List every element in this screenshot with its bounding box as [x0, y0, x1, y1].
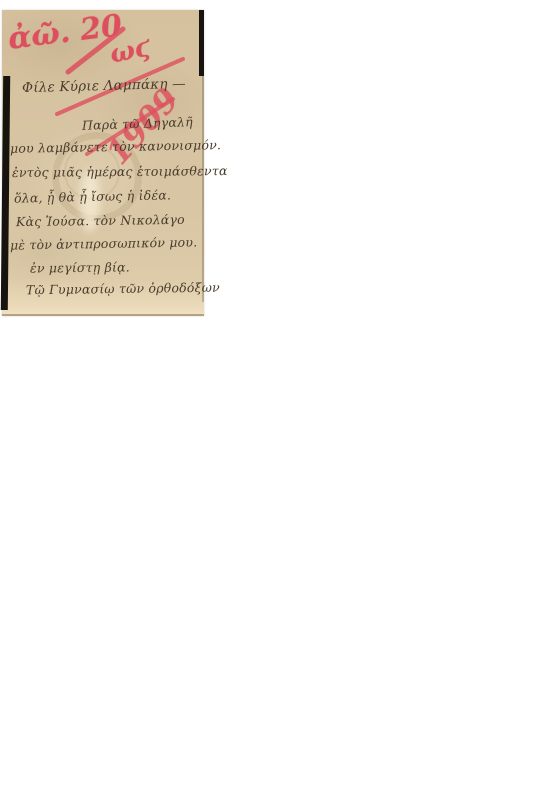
- handwritten-signature-line: Τῷ Γυμνασίῳ τῶν ὀρθοδόξων: [26, 282, 220, 297]
- handwritten-line: Κὰς Ἰούσα. τὸν Νικολάγο: [16, 214, 185, 229]
- scan-edge-right-faint: [202, 76, 204, 302]
- scanned-letter-page: ἀῶ. 20 ωϛ 1909 Φίλε Κύριε Λαμπάκη — Παρὰ…: [2, 10, 204, 316]
- red-archival-denominator: ωϛ: [108, 34, 153, 68]
- scan-edge-left: [1, 76, 10, 310]
- handwritten-line: Παρὰ τῶ Δηγαλῆ: [82, 116, 193, 132]
- scan-edge-right: [199, 10, 204, 76]
- red-archival-number: ἀῶ. 20: [7, 11, 124, 55]
- handwritten-line: ὅλα, ᾗ θὰ ᾖ ἴσως ἡ ἰδέα.: [14, 189, 171, 205]
- handwritten-line: ἐντὸς μιᾶς ἡμέρας ἑτοιμάσθεντα: [12, 165, 228, 179]
- scan-canvas: ἀῶ. 20 ωϛ 1909 Φίλε Κύριε Λαμπάκη — Παρὰ…: [0, 0, 549, 800]
- handwritten-closing: ἐν μεγίστῃ βίᾳ.: [30, 261, 130, 275]
- handwritten-line: μου λαμβάνετε τὸν κανονισμόν.: [10, 139, 221, 155]
- handwritten-line: μὲ τὸν ἀντιπροσωπικόν μου.: [10, 236, 198, 252]
